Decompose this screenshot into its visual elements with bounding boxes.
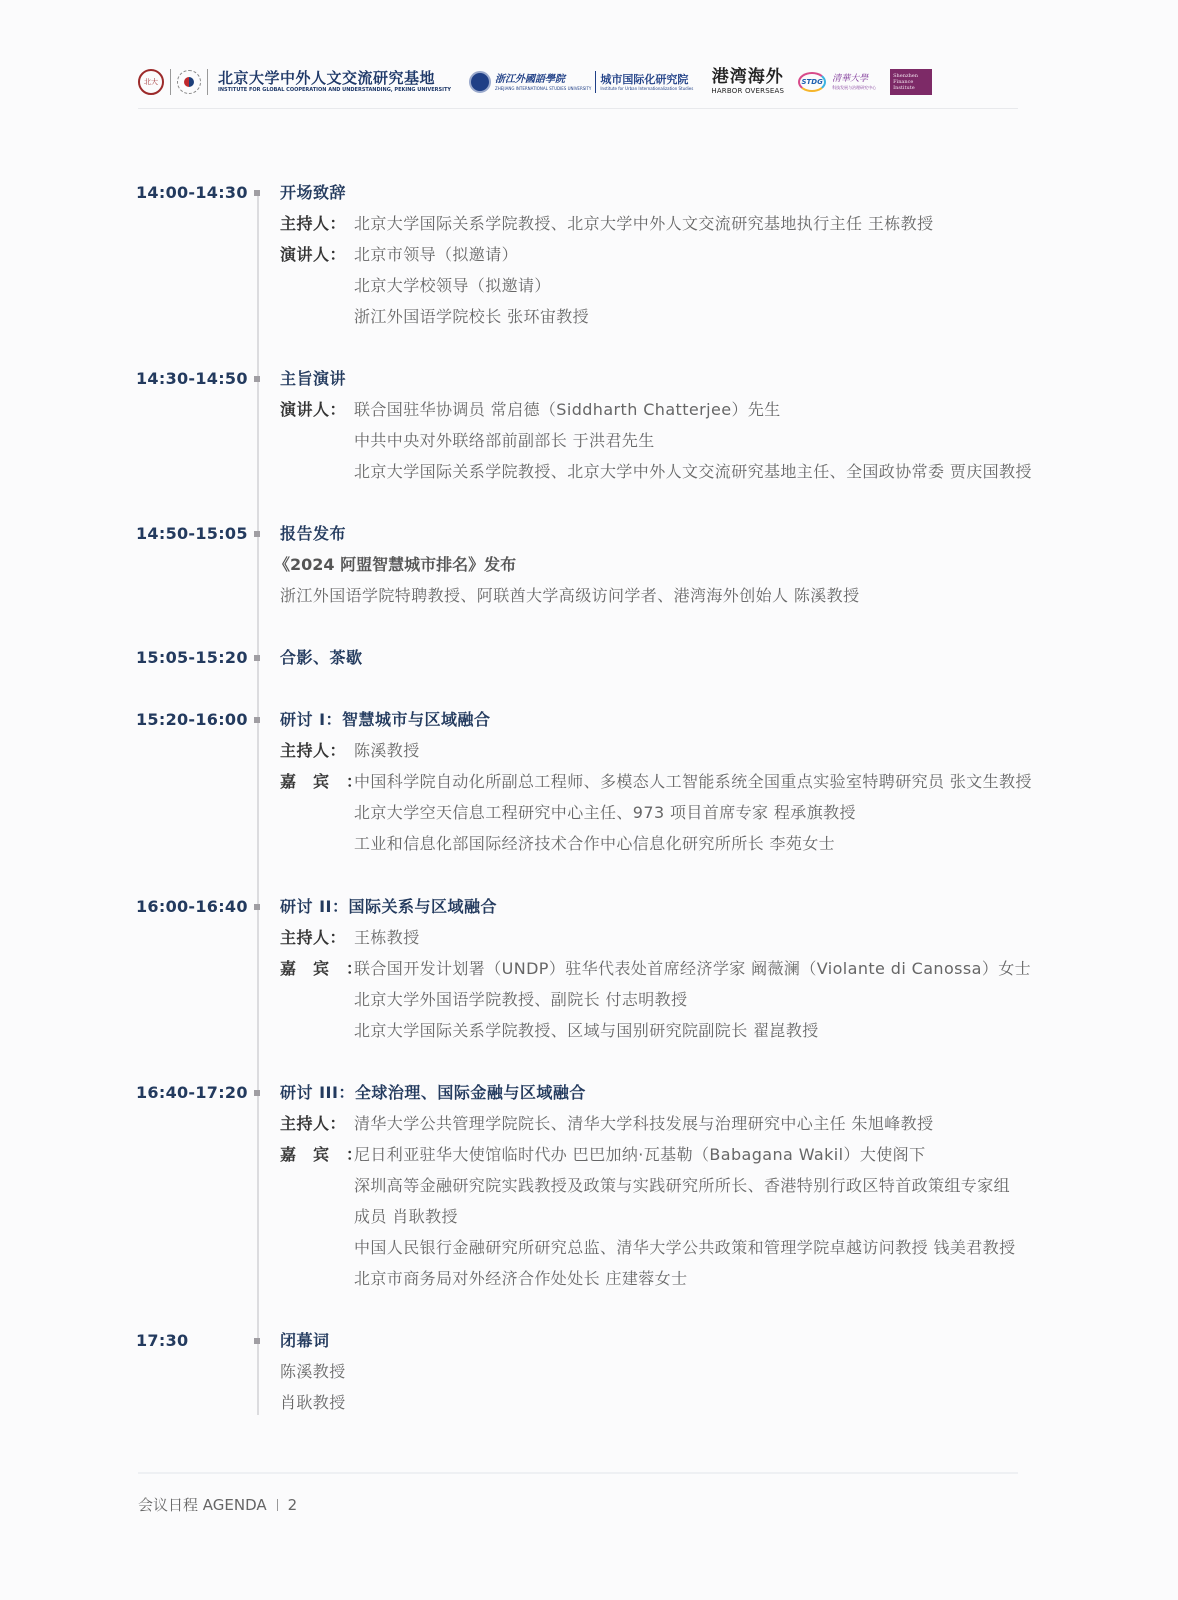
shenzhen-finance-institute-logo: Shenzhen Finance Institute [890, 69, 932, 95]
pku-institute-name-en: INSTITUTE FOR GLOBAL COOPERATION AND UND… [218, 87, 451, 94]
zisu-seal-icon [469, 71, 491, 93]
zisu-name-en: ZHEJIANG INTERNATIONAL STUDIES UNIVERSIT… [495, 86, 591, 92]
session-time: 14:50-15:05 [136, 524, 248, 544]
host-row: 主持人： 北京大学国际关系学院教授、北京大学中外人文交流研究基地执行主任 王栋教… [280, 214, 934, 234]
speaker-name: 北京市领导（拟邀请） [354, 245, 589, 265]
session-title: 研讨 II：国际关系与区域融合 [280, 897, 1031, 917]
speaker-name: 联合国驻华协调员 常启德（Siddharth Chatterjee）先生 [354, 400, 1032, 420]
session-title: 开场致辞 [280, 183, 934, 203]
presenter-name: 浙江外国语学院特聘教授、阿联酋大学高级访问学者、港湾海外创始人 陈溪教授 [280, 586, 860, 606]
urban-institute-name-cn: 城市国际化研究院 [600, 73, 693, 86]
speaker-row: 演讲人： 联合国驻华协调员 常启德（Siddharth Chatterjee）先… [280, 400, 1032, 482]
harbor-overseas-logo: 港湾海外 HARBOR OVERSEAS [711, 68, 784, 96]
guest-name: 北京市商务局对外经济合作处处长 庄建蓉女士 [354, 1269, 1016, 1289]
guest-name: 深圳高等金融研究院实践教授及政策与实践研究所所长、香港特别行政区特首政策组专家组 [354, 1176, 1016, 1196]
harbor-name-cn: 港湾海外 [712, 68, 784, 87]
guest-row: 嘉宾： 尼日利亚驻华大使馆临时代办 巴巴加纳·瓦基勒（Babagana Waki… [280, 1145, 1016, 1289]
speaker-name: 浙江外国语学院校长 张环宙教授 [354, 307, 589, 327]
zisu-logo: 浙江外國語學院 ZHEJIANG INTERNATIONAL STUDIES U… [469, 71, 693, 93]
timeline-marker-icon [254, 717, 260, 723]
guest-label: 嘉宾： [280, 959, 354, 1041]
session-title: 合影、茶歇 [280, 648, 363, 668]
stdg-tsinghua-logo: STDG 清華大學 科技发展与治理研究中心 [798, 72, 876, 92]
session-time: 14:30-14:50 [136, 369, 248, 389]
session-time: 17:30 [136, 1331, 188, 1351]
guest-row: 嘉宾： 联合国开发计划署（UNDP）驻华代表处首席经济学家 阚薇澜（Violan… [280, 959, 1031, 1041]
host-name: 王栋教授 [354, 928, 420, 948]
session-time: 16:40-17:20 [136, 1083, 248, 1103]
guest-name: 中国人民银行金融研究所研究总监、清华大学公共政策和管理学院卓越访问教授 钱美君教… [354, 1238, 1016, 1258]
speaker-name: 北京大学校领导（拟邀请） [354, 276, 589, 296]
partner-logos-header: 北大 北京大学中外人文交流研究基地 INSTITUTE FOR GLOBAL C… [138, 62, 1018, 102]
pku-institute-logo: 北京大学中外人文交流研究基地 INSTITUTE FOR GLOBAL COOP… [218, 70, 451, 94]
footer-divider [138, 1472, 1018, 1474]
guest-label: 嘉宾： [280, 1145, 354, 1289]
session-title: 主旨演讲 [280, 369, 1032, 389]
session-title: 报告发布 [280, 524, 860, 544]
logo-divider [170, 69, 171, 95]
guest-row: 嘉宾： 中国科学院自动化所副总工程师、多模态人工智能系统全国重点实验室特聘研究员… [280, 772, 1032, 854]
header-divider [138, 108, 1018, 109]
host-label: 主持人： [280, 1114, 354, 1134]
speaker-row: 演讲人： 北京市领导（拟邀请） 北京大学校领导（拟邀请） 浙江外国语学院校长 张… [280, 245, 934, 327]
timeline-marker-icon [254, 904, 260, 910]
footer-separator [277, 1499, 278, 1511]
closing-speaker: 陈溪教授 [280, 1362, 346, 1382]
timeline-marker-icon [254, 190, 260, 196]
session-title: 研讨 I：智慧城市与区域融合 [280, 710, 1032, 730]
speaker-label: 演讲人： [280, 245, 354, 327]
guest-name-continued: 成员 肖耿教授 [354, 1207, 1016, 1227]
host-row: 主持人： 清华大学公共管理学院院长、清华大学科技发展与治理研究中心主任 朱旭峰教… [280, 1114, 1016, 1134]
guest-label: 嘉宾： [280, 772, 354, 854]
timeline-marker-icon [254, 376, 260, 382]
host-row: 主持人： 陈溪教授 [280, 741, 1032, 761]
guest-name: 尼日利亚驻华大使馆临时代办 巴巴加纳·瓦基勒（Babagana Wakil）大使… [354, 1145, 1016, 1165]
institute-emblem-icon [177, 70, 201, 94]
logo-divider [595, 71, 596, 93]
session-time: 14:00-14:30 [136, 183, 248, 203]
guest-name: 工业和信息化部国际经济技术合作中心信息化研究所所长 李苑女士 [354, 834, 1032, 854]
timeline-marker-icon [254, 531, 260, 537]
guest-name: 北京大学空天信息工程研究中心主任、973 项目首席专家 程承旗教授 [354, 803, 1032, 823]
page-number: 2 [288, 1496, 298, 1514]
report-title: 《2024 阿盟智慧城市排名》发布 [274, 555, 860, 575]
host-name: 北京大学国际关系学院教授、北京大学中外人文交流研究基地执行主任 王栋教授 [354, 214, 934, 234]
tsinghua-center-name: 科技发展与治理研究中心 [832, 85, 876, 91]
session-title: 研讨 III：全球治理、国际金融与区域融合 [280, 1083, 1016, 1103]
urban-institute-name-en: Institute for Urban Internationalization… [600, 86, 693, 92]
host-label: 主持人： [280, 214, 354, 234]
session-time: 15:20-16:00 [136, 710, 248, 730]
logo-divider [207, 69, 208, 95]
timeline-marker-icon [254, 1090, 260, 1096]
speaker-label: 演讲人： [280, 400, 354, 482]
host-label: 主持人： [280, 928, 354, 948]
guest-name: 联合国开发计划署（UNDP）驻华代表处首席经济学家 阚薇澜（Violante d… [354, 959, 1031, 979]
page-footer: 会议日程 AGENDA 2 [138, 1494, 297, 1515]
tsinghua-name: 清華大學 [832, 74, 876, 85]
footer-label: 会议日程 AGENDA [138, 1494, 267, 1515]
timeline-line [257, 190, 259, 1415]
pku-seal-logo-icon: 北大 [138, 69, 164, 95]
session-time: 15:05-15:20 [136, 648, 248, 668]
guest-name: 中国科学院自动化所副总工程师、多模态人工智能系统全国重点实验室特聘研究员 张文生… [354, 772, 1032, 792]
zisu-name-cn: 浙江外國語學院 [495, 73, 591, 86]
session-title: 闭幕词 [280, 1331, 346, 1351]
host-row: 主持人： 王栋教授 [280, 928, 1031, 948]
pku-institute-name-cn: 北京大学中外人文交流研究基地 [218, 70, 451, 87]
host-label: 主持人： [280, 741, 354, 761]
speaker-name: 北京大学国际关系学院教授、北京大学中外人文交流研究基地主任、全国政协常委 贾庆国… [354, 462, 1032, 482]
timeline-marker-icon [254, 655, 260, 661]
timeline-marker-icon [254, 1338, 260, 1344]
host-name: 清华大学公共管理学院院长、清华大学科技发展与治理研究中心主任 朱旭峰教授 [354, 1114, 934, 1134]
speaker-name: 中共中央对外联络部前副部长 于洪君先生 [354, 431, 1032, 451]
guest-name: 北京大学外国语学院教授、副院长 付志明教授 [354, 990, 1031, 1010]
session-time: 16:00-16:40 [136, 897, 248, 917]
closing-speaker: 肖耿教授 [280, 1393, 346, 1413]
stdg-ring-icon: STDG [798, 72, 826, 92]
host-name: 陈溪教授 [354, 741, 420, 761]
guest-name: 北京大学国际关系学院教授、区域与国别研究院副院长 翟崑教授 [354, 1021, 1031, 1041]
harbor-name-en: HARBOR OVERSEAS [711, 87, 784, 96]
